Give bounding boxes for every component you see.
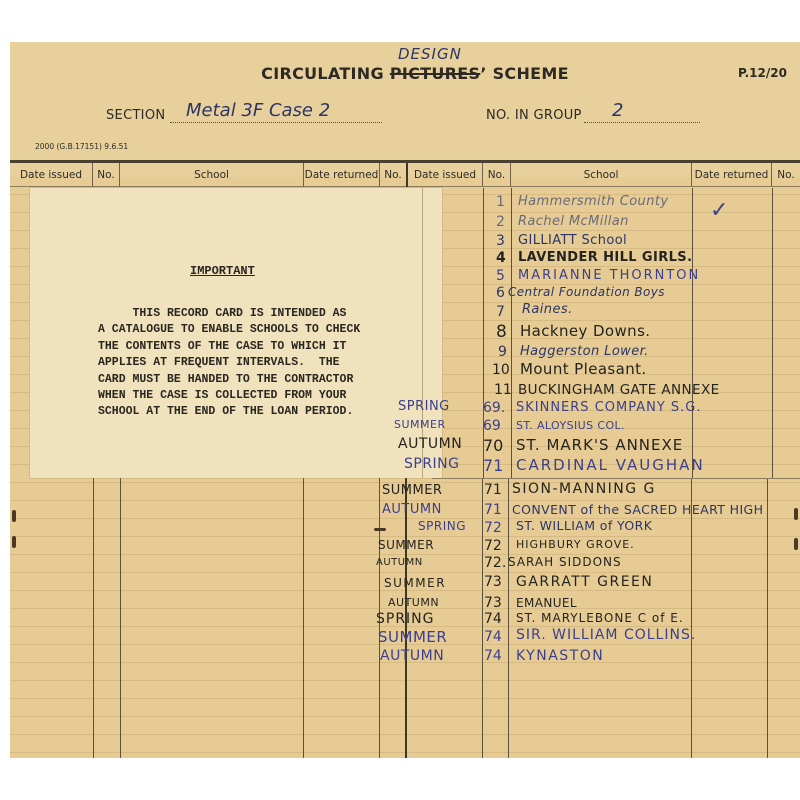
entry-no: 3 xyxy=(496,233,505,249)
entry-school: ST. WILLIAM of YORK xyxy=(516,518,652,533)
entry-no: 69 xyxy=(483,418,501,434)
entry-school: Raines. xyxy=(522,302,573,317)
entry-no: 69. xyxy=(483,400,505,416)
entry-no: 7 xyxy=(496,304,505,320)
important-notice-slip: IMPORTANT THIS RECORD CARD IS INTENDED A… xyxy=(30,188,442,478)
column-header-row: Date issued No. School Date returned No.… xyxy=(10,163,800,187)
staple-mark xyxy=(12,510,16,522)
entry-no: 71 xyxy=(483,456,503,475)
col-school-left: School xyxy=(120,163,304,187)
entry-school: ST. ALOYSIUS COL. xyxy=(516,419,625,432)
entry-term: AUTUMN xyxy=(388,596,439,609)
entry-no: 8 xyxy=(496,322,507,342)
group-label: NO. IN GROUP xyxy=(486,108,582,123)
entry-school: Mount Pleasant. xyxy=(520,360,647,378)
entry-term: SUMMER xyxy=(382,483,442,498)
col-date-issued-left: Date issued xyxy=(10,163,93,187)
column-rule xyxy=(692,188,693,478)
section-value: Metal 3F Case 2 xyxy=(186,100,330,121)
title-suffix: ’ SCHEME xyxy=(480,64,569,83)
entry-no: 2 xyxy=(496,214,505,230)
record-card: DESIGN CIRCULATING PICTURES’ SCHEME P.12… xyxy=(10,42,800,758)
entry-no: 74 xyxy=(484,611,502,627)
notice-title: IMPORTANT xyxy=(190,264,255,278)
entry-school: SION-MANNING G xyxy=(512,481,656,497)
staple-mark xyxy=(374,528,386,531)
entry-term: AUTUMN xyxy=(382,502,442,517)
column-rule xyxy=(120,478,121,758)
col-no-returned-right: No. xyxy=(772,163,800,187)
entry-school: LAVENDER HILL GIRLS. xyxy=(518,250,692,265)
sheet-edge xyxy=(432,478,800,479)
entry-school: Rachel McMillan xyxy=(518,214,629,229)
card-title: CIRCULATING PICTURES’ SCHEME xyxy=(10,64,800,83)
staple-mark xyxy=(794,508,798,520)
entry-no: 72. xyxy=(484,555,506,571)
entry-no: 74 xyxy=(484,648,502,664)
title-prefix: CIRCULATING xyxy=(261,64,384,83)
entry-school: BUCKINGHAM GATE ANNEXE xyxy=(518,382,720,398)
card-header-area: DESIGN CIRCULATING PICTURES’ SCHEME P.12… xyxy=(10,42,800,177)
slip-edge xyxy=(422,188,423,478)
entry-no: 71 xyxy=(484,502,502,518)
entry-school: ST. MARK'S ANNEXE xyxy=(516,436,683,454)
entry-school: Haggerston Lower. xyxy=(520,344,649,359)
entry-school: ST. MARYLEBONE C of E. xyxy=(516,611,684,625)
entry-school: HIGHBURY GROVE. xyxy=(516,538,635,551)
entry-term: SUMMER xyxy=(378,538,434,552)
entry-school: GARRATT GREEN xyxy=(516,574,653,590)
entry-term: AUTUMN xyxy=(376,557,423,568)
print-code: 2000 (G.B.17151) 9.6.51 xyxy=(35,142,128,151)
group-dotted-line xyxy=(584,122,700,123)
col-no-right: No. xyxy=(483,163,511,187)
entry-school: KYNASTON xyxy=(516,648,604,664)
entry-term: SUMMER xyxy=(394,418,446,431)
entry-term: AUTUMN xyxy=(398,436,462,452)
entry-term: SPRING xyxy=(404,456,460,472)
entry-no: 73 xyxy=(484,574,502,590)
column-rule xyxy=(482,478,483,758)
entry-term: SUMMER xyxy=(384,576,446,590)
entry-no: 9 xyxy=(498,344,507,360)
col-date-issued-right: Date issued xyxy=(408,163,483,187)
group-value: 2 xyxy=(612,100,623,121)
col-school-right: School xyxy=(511,163,692,187)
column-rule xyxy=(483,188,484,478)
column-rule xyxy=(691,478,692,758)
entry-no: 4 xyxy=(496,250,506,266)
entry-no: 70 xyxy=(483,436,503,455)
entry-no: 5 xyxy=(496,268,505,284)
entry-no: 1 xyxy=(496,194,505,210)
section-dotted-line xyxy=(170,122,382,123)
column-rule xyxy=(767,478,768,758)
entry-term: SPRING xyxy=(398,399,450,414)
entry-no: 74 xyxy=(484,629,502,645)
col-date-returned-left: Date returned xyxy=(304,163,380,187)
entry-school: CONVENT of the SACRED HEART HIGH xyxy=(512,502,763,517)
entry-no: 72 xyxy=(484,538,502,554)
column-rule xyxy=(508,478,509,758)
col-no-left: No. xyxy=(93,163,120,187)
entry-school: CARDINAL VAUGHAN xyxy=(516,456,705,474)
staple-mark xyxy=(794,538,798,550)
column-rule xyxy=(511,188,512,478)
column-rule xyxy=(303,478,304,758)
entry-no: 6 xyxy=(496,285,505,301)
col-no-returned-left: No. xyxy=(380,163,408,187)
entry-school: Hackney Downs. xyxy=(520,322,650,340)
section-label: SECTION xyxy=(106,108,165,123)
entry-school: SARAH SIDDONS xyxy=(508,555,622,569)
entry-term: SUMMER xyxy=(378,628,447,646)
entry-school: EMANUEL xyxy=(516,596,577,610)
entry-term: SPRING xyxy=(418,519,466,533)
form-reference: P.12/20 xyxy=(738,66,787,80)
entry-no: 73 xyxy=(484,595,502,611)
entry-no: 11 xyxy=(494,382,512,398)
column-rule xyxy=(772,188,773,478)
col-date-returned-right: Date returned xyxy=(692,163,772,187)
entry-school: Hammersmith County xyxy=(518,194,668,209)
entry-school: GILLIATT School xyxy=(518,233,627,248)
entry-no: 71 xyxy=(484,482,502,498)
title-struck-word: PICTURES xyxy=(390,64,481,83)
entry-school: SKINNERS COMPANY S.G. xyxy=(516,400,702,415)
entry-term: AUTUMN xyxy=(380,648,444,664)
entry-no: 72 xyxy=(484,520,502,536)
entry-no: 10 xyxy=(492,362,510,378)
check-mark-icon: ✓ xyxy=(710,198,728,223)
entry-term: SPRING xyxy=(376,611,435,627)
handwritten-title-insert: DESIGN xyxy=(398,45,462,63)
staple-mark xyxy=(12,536,16,548)
entry-school: Central Foundation Boys xyxy=(508,285,665,299)
notice-body: THIS RECORD CARD IS INTENDED AS A CATALO… xyxy=(98,306,438,421)
column-rule xyxy=(93,478,94,758)
entry-school: MARIANNE THORNTON xyxy=(518,268,700,283)
entry-school: SIR. WILLIAM COLLINS. xyxy=(516,627,696,643)
